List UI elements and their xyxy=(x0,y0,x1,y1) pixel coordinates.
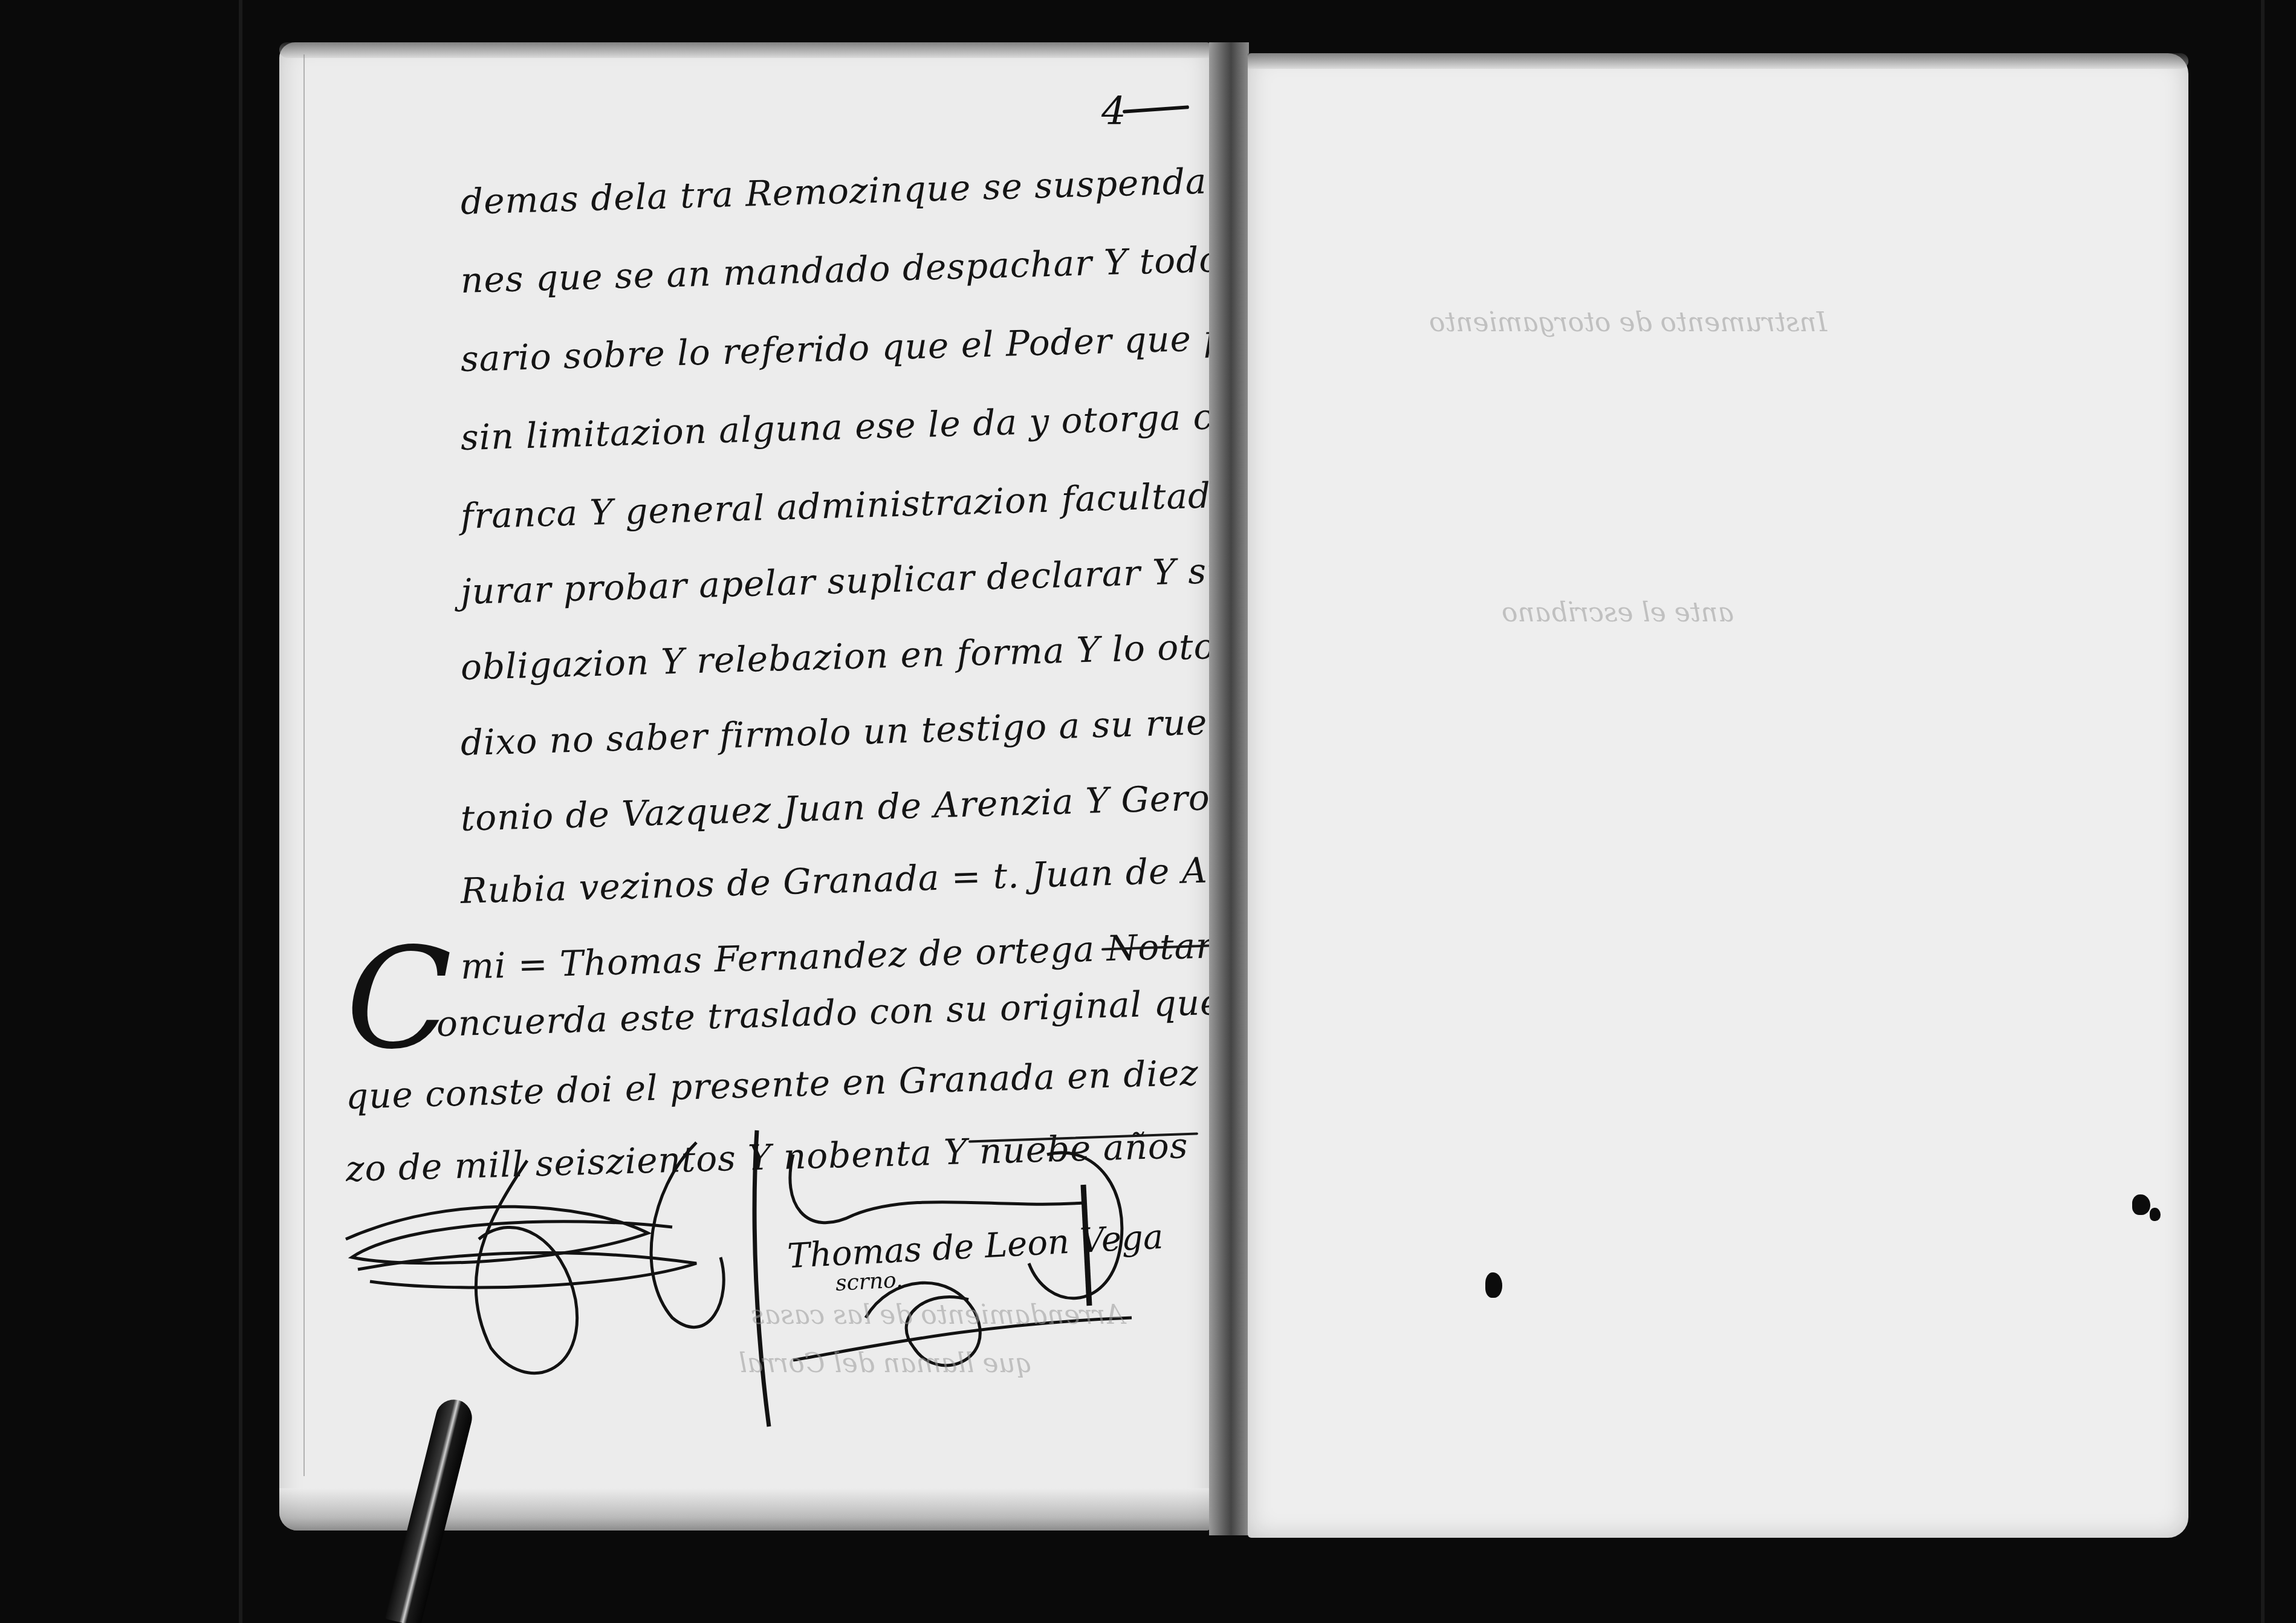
bleed-through-text: ante el escribano xyxy=(1502,597,1734,628)
ink-blot xyxy=(2132,1194,2150,1215)
page-top-edge xyxy=(1248,53,2188,69)
film-scratch xyxy=(2261,0,2265,1623)
page-fold-line xyxy=(303,54,305,1476)
ink-blot xyxy=(2150,1208,2161,1221)
ink-blot xyxy=(1485,1272,1502,1298)
attestation-initial: C xyxy=(346,919,452,1080)
bleed-through-text: Instrumento de otorgamiento xyxy=(1429,307,1827,338)
bleed-through-text: que llaman del Corral xyxy=(739,1348,1033,1379)
right-page: Instrumento de otorgamiento ante el escr… xyxy=(1248,53,2188,1538)
folio-flourish xyxy=(1123,105,1189,114)
page-top-edge xyxy=(279,42,1210,58)
left-page: 4 demas dela tra Remozinque se suspendan… xyxy=(279,42,1210,1531)
text-line: mi = Thomas Fernandez de ortega Notario xyxy=(460,924,1247,987)
binding-gutter xyxy=(1209,42,1249,1535)
signature-title: scrno. xyxy=(835,1268,904,1296)
signature-flourish-icon xyxy=(334,1118,1168,1433)
notary-signature xyxy=(334,1118,1168,1433)
film-scratch xyxy=(239,0,242,1623)
bleed-through-text: Arrendamiento de las casas xyxy=(751,1300,1124,1330)
